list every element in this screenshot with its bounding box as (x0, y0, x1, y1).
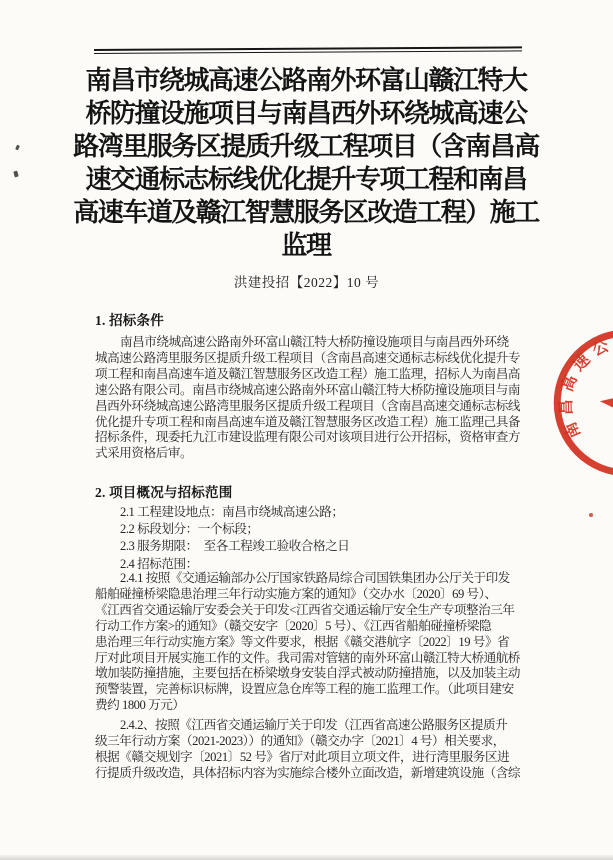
section-2-heading: 2. 项目概况与招标范围 (95, 481, 525, 501)
section-2-items: 2.1 工程建设地点：南昌市绕城高速公路； 2.2 标段划分：一个标段； 2.3… (95, 504, 525, 573)
section-1-paragraph: 南昌市绕城高速公路南外环富山赣江特大桥防撞设施项目与南昌西外环绕 城高速公路湾里… (95, 335, 525, 462)
ink-speck (13, 171, 18, 178)
document-title: 南昌市绕城高速公路南外环富山赣江特大 桥防撞设施项目与南昌西外环绕城高速公 路湾… (66, 64, 546, 262)
section-2-4-1-paragraph: 2.4.1 按照《交通运输部办公厅国家铁路局综合司国铁集团办公厅关于印发 船舶碰… (95, 571, 525, 714)
item-2-1: 2.1 工程建设地点：南昌市绕城高速公路； (95, 504, 525, 521)
section-1-heading: 1. 招标条件 (95, 309, 525, 329)
header-rule (94, 46, 522, 54)
page-bottom-edge (0, 855, 613, 860)
star-icon (596, 369, 613, 434)
document-number: 洪建投招【2022】10 号 (0, 271, 613, 291)
scanned-document-page: 南昌市绕城高速公路南外环富山赣江特大 桥防撞设施项目与南昌西外环绕城高速公 路湾… (0, 0, 613, 860)
red-ink-speck (589, 513, 593, 517)
section-2-4-2-paragraph: 2.4.2、按照《江西省交通运输厅关于印发（江西省高速公路服务区提质升 级三年行… (95, 718, 525, 782)
item-2-3: 2.3 服务期限： 至各工程竣工验收合格之日 (95, 538, 525, 555)
company-seal: 南昌高速公路有限公司 (535, 309, 613, 504)
seal-graphic: 南昌高速公路有限公司 (535, 309, 613, 504)
item-2-2: 2.2 标段划分：一个标段； (95, 521, 525, 538)
ink-speck (15, 145, 20, 151)
